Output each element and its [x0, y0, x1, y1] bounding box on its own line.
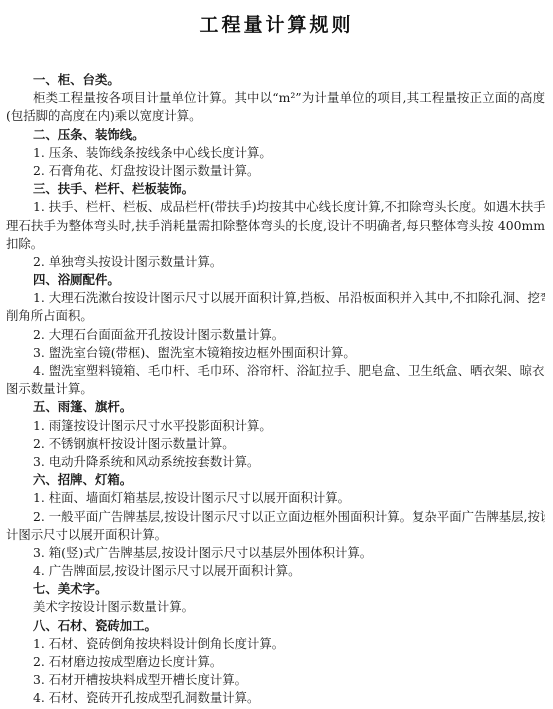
list-item: 3. 盥洗室台镜(带框)、盥洗室木镜箱按边框外围面积计算。: [0, 344, 553, 362]
section-heading: 六、招牌、灯箱。: [0, 471, 553, 489]
list-item: 1. 压条、装饰线条按线条中心线长度计算。: [0, 144, 553, 162]
paragraph-line: 扣除。: [0, 235, 553, 253]
list-item: 4. 盥洗室塑料镜箱、毛巾杆、毛巾环、浴帘杆、浴缸拉手、肥皂盒、卫生纸盒、晒衣架…: [0, 362, 545, 380]
document-body: 一、柜、台类。 柜类工程量按各项目计量单位计算。其中以“m²”为计量单位的项目,…: [0, 71, 553, 708]
paragraph-line: 图示数量计算。: [0, 380, 553, 398]
section-heading: 一、柜、台类。: [0, 71, 553, 89]
section-heading: 三、扶手、栏杆、栏板装饰。: [0, 180, 553, 198]
list-item: 2. 单独弯头按设计图示数量计算。: [0, 253, 553, 271]
section-heading: 七、美术字。: [0, 580, 553, 598]
list-item: 1. 雨篷按设计图示尺寸水平投影面积计算。: [0, 417, 553, 435]
section-heading: 四、浴厕配件。: [0, 271, 553, 289]
page-title: 工程量计算规则: [0, 10, 553, 37]
list-item: 3. 箱(竖)式广告牌基层,按设计图示尺寸以基层外围体积计算。: [0, 544, 553, 562]
list-item: 2. 一般平面广告牌基层,按设计图示尺寸以正立面边框外围面积计算。复杂平面广告牌…: [0, 508, 545, 526]
paragraph-line: (包括脚的高度在内)乘以宽度计算。: [0, 107, 553, 125]
list-item: 2. 大理石台面面盆开孔按设计图示数量计算。: [0, 326, 553, 344]
list-item: 2. 石材磨边按成型磨边长度计算。: [0, 653, 553, 671]
section-heading: 八、石材、瓷砖加工。: [0, 617, 553, 635]
paragraph-line: 美术字按设计图示数量计算。: [0, 598, 553, 616]
section-heading: 五、雨篷、旗杆。: [0, 398, 553, 416]
list-item: 1. 柱面、墙面灯箱基层,按设计图示尺寸以展开面积计算。: [0, 489, 553, 507]
list-item: 2. 不锈钢旗杆按设计图示数量计算。: [0, 435, 553, 453]
list-item: 1. 扶手、栏杆、栏板、成品栏杆(带扶手)均按其中心线长度计算,不扣除弯头长度。…: [0, 198, 545, 216]
list-item: 4. 石材、瓷砖开孔按成型孔洞数量计算。: [0, 689, 553, 707]
paragraph-line: 理石扶手为整体弯头时,扶手消耗量需扣除整体弯头的长度,设计不明确者,每只整体弯头…: [0, 217, 545, 235]
section-heading: 二、压条、装饰线。: [0, 126, 553, 144]
list-item: 3. 电动升降系统和风动系统按套数计算。: [0, 453, 553, 471]
list-item: 1. 大理石洗漱台按设计图示尺寸以展开面积计算,挡板、吊沿板面积并入其中,不扣除…: [0, 289, 545, 307]
list-item: 2. 石膏角花、灯盘按设计图示数量计算。: [0, 162, 553, 180]
list-item: 4. 广告牌面层,按设计图示尺寸以展开面积计算。: [0, 562, 553, 580]
paragraph-line: 柜类工程量按各项目计量单位计算。其中以“m²”为计量单位的项目,其工程量按正立面…: [0, 89, 545, 107]
paragraph-line: 削角所占面积。: [0, 307, 553, 325]
list-item: 1. 石材、瓷砖倒角按块料设计倒角长度计算。: [0, 635, 553, 653]
paragraph-line: 计图示尺寸以展开面积计算。: [0, 526, 553, 544]
list-item: 3. 石材开槽按块料成型开槽长度计算。: [0, 671, 553, 689]
